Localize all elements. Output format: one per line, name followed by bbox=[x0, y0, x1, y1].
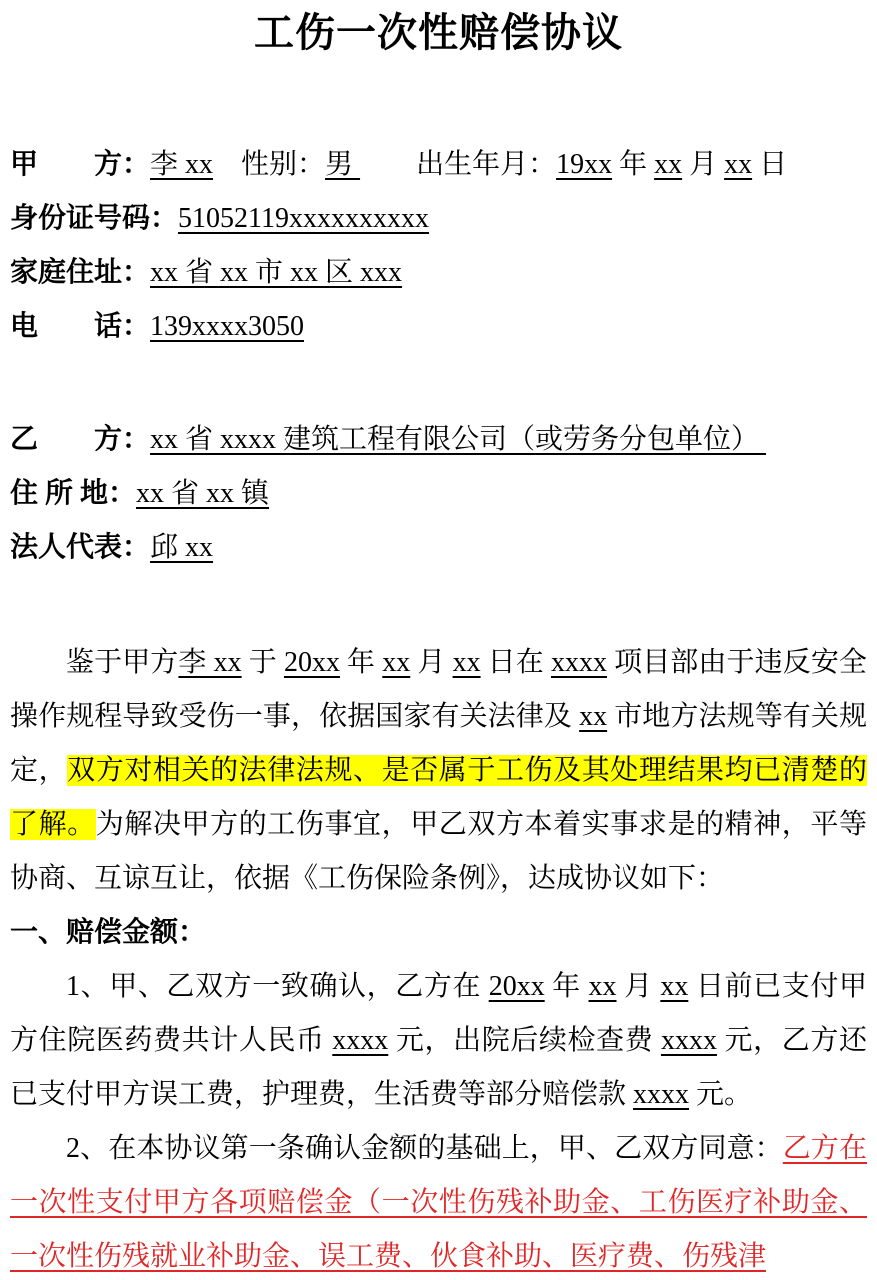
text-run: 2、在本协议第一条确认金额的基础上，甲、乙双方同意： bbox=[66, 1133, 783, 1164]
document-title: 工伤一次性赔偿协议 bbox=[10, 0, 867, 58]
text-run: 为解决甲方的工伤事宜，甲乙双方本着实事求是的精神，平等协商、互谅互让，依据《工伤… bbox=[10, 809, 867, 894]
underlined-value: xxxx bbox=[332, 1025, 388, 1056]
bold-label: 一、赔偿金额： bbox=[10, 917, 206, 948]
section-1-heading: 一、赔偿金额： bbox=[10, 906, 867, 960]
party-a-info: 甲 方：李 xx 性别：男 出生年月：19xx 年 xx 月 xx 日 身份证号… bbox=[10, 138, 867, 354]
agreement-body: 鉴于甲方李 xx 于 20xx 年 xx 月 xx 日在 xxxx 项目部由于违… bbox=[10, 636, 867, 1280]
text-run: 性别： bbox=[213, 149, 325, 180]
party-b-address-line: 住 所 地：xx 省 xx 镇 bbox=[10, 467, 867, 521]
underlined-value: 20xx bbox=[489, 971, 545, 1002]
party-a-id-line: 身份证号码：51052119xxxxxxxxxx bbox=[10, 192, 867, 246]
underlined-value: 51052119xxxxxxxxxx bbox=[178, 203, 429, 234]
text-run: 出生年月： bbox=[360, 149, 556, 180]
underlined-value: xx 省 xxxx 建筑工程有限公司（或劳务分包单位） bbox=[150, 424, 766, 455]
bold-label: 甲 方： bbox=[10, 149, 150, 180]
underlined-value: 邱 xx bbox=[150, 532, 213, 563]
underlined-value: 20xx bbox=[284, 647, 340, 678]
text-run: 年 bbox=[545, 971, 589, 1002]
text-run: 1、甲、乙双方一致确认，乙方在 bbox=[66, 971, 489, 1002]
underlined-value: 男 bbox=[325, 149, 360, 180]
underlined-value: xx 省 xx 市 xx 区 xxx bbox=[150, 257, 402, 288]
bold-label: 家庭住址： bbox=[10, 257, 150, 288]
party-b-info: 乙 方：xx 省 xxxx 建筑工程有限公司（或劳务分包单位） 住 所 地：xx… bbox=[10, 413, 867, 575]
text-run: 月 bbox=[410, 647, 452, 678]
document-page: 工伤一次性赔偿协议 甲 方：李 xx 性别：男 出生年月：19xx 年 xx 月… bbox=[0, 0, 877, 1280]
party-b-name-line: 乙 方：xx 省 xxxx 建筑工程有限公司（或劳务分包单位） bbox=[10, 413, 867, 467]
underlined-value: xx bbox=[453, 647, 481, 678]
intro-paragraph: 鉴于甲方李 xx 于 20xx 年 xx 月 xx 日在 xxxx 项目部由于违… bbox=[10, 636, 867, 906]
underlined-value: xx bbox=[654, 149, 682, 180]
underlined-value: xx bbox=[724, 149, 752, 180]
underlined-value: xxxx bbox=[551, 647, 607, 678]
clause-1-paragraph: 1、甲、乙双方一致确认，乙方在 20xx 年 xx 月 xx 日前已支付甲方住院… bbox=[10, 960, 867, 1122]
text-run: 年 bbox=[340, 647, 382, 678]
party-a-phone-line: 电 话：139xxxx3050 bbox=[10, 300, 867, 354]
text-run: 元，出院后续检查费 bbox=[388, 1025, 661, 1056]
bold-label: 法人代表： bbox=[10, 532, 150, 563]
text-run: 元。 bbox=[689, 1079, 752, 1110]
party-a-name-line: 甲 方：李 xx 性别：男 出生年月：19xx 年 xx 月 xx 日 bbox=[10, 138, 867, 192]
underlined-value: xx bbox=[660, 971, 688, 1002]
text-run: 于 bbox=[242, 647, 284, 678]
bold-label: 电 话： bbox=[10, 311, 150, 342]
underlined-value: 李 xx bbox=[150, 149, 213, 180]
underlined-value: xxxx bbox=[633, 1079, 689, 1110]
text-run: 月 bbox=[682, 149, 724, 180]
underlined-value: xx 省 xx 镇 bbox=[136, 478, 269, 509]
bold-label: 乙 方： bbox=[10, 424, 150, 455]
text-run: 鉴于甲方 bbox=[66, 647, 178, 678]
text-run: 月 bbox=[617, 971, 661, 1002]
underlined-value: 139xxxx3050 bbox=[150, 311, 304, 342]
underlined-value: 19xx bbox=[556, 149, 612, 180]
text-run: 日在 bbox=[481, 647, 551, 678]
clause-2-paragraph: 2、在本协议第一条确认金额的基础上，甲、乙双方同意：乙方在一次性支付甲方各项赔偿… bbox=[10, 1122, 867, 1280]
underlined-value: xx bbox=[579, 701, 607, 732]
party-a-address-line: 家庭住址：xx 省 xx 市 xx 区 xxx bbox=[10, 246, 867, 300]
bold-label: 住 所 地： bbox=[10, 478, 136, 509]
party-b-representative-line: 法人代表：邱 xx bbox=[10, 521, 867, 575]
underlined-value: 李 xx bbox=[178, 647, 241, 678]
underlined-value: xx bbox=[382, 647, 410, 678]
underlined-value: xx bbox=[589, 971, 617, 1002]
bold-label: 身份证号码： bbox=[10, 203, 178, 234]
text-run: 年 bbox=[612, 149, 654, 180]
underlined-value: xxxx bbox=[661, 1025, 717, 1056]
text-run: 日 bbox=[752, 149, 787, 180]
